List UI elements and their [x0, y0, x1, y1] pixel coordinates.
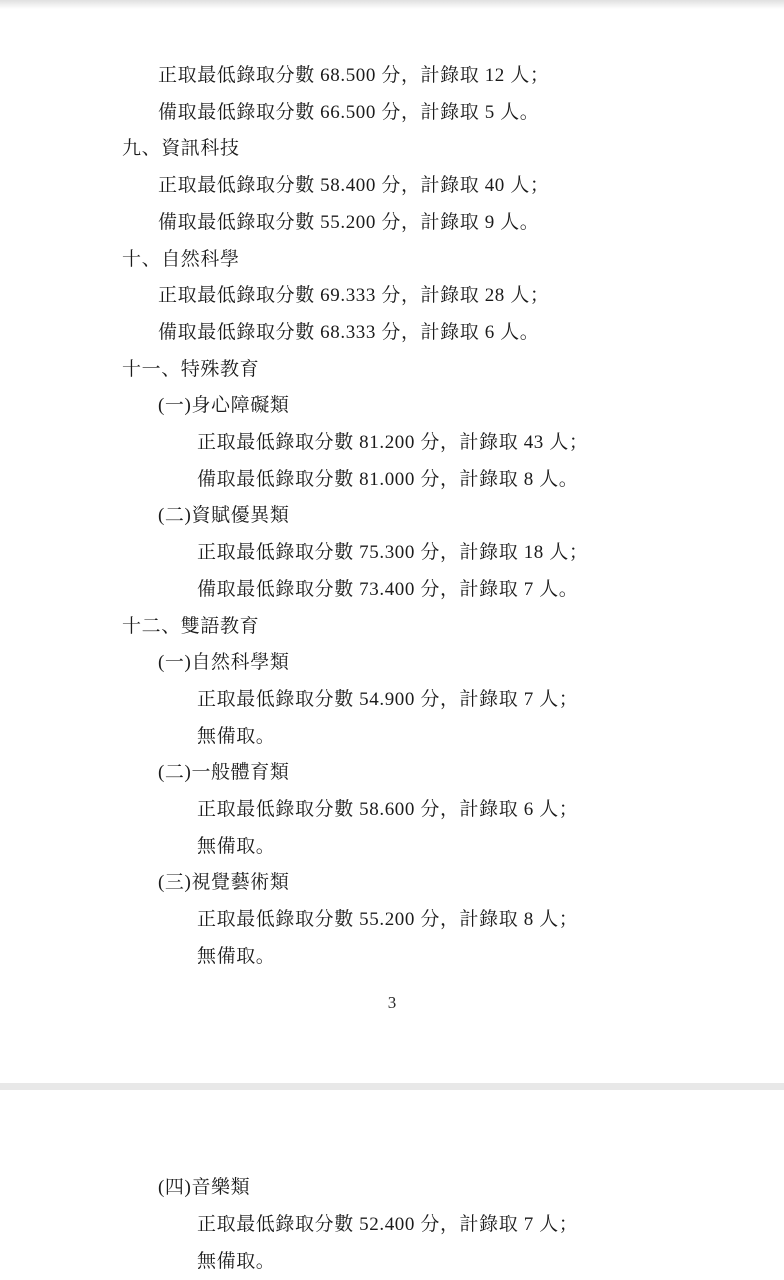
text-line: 無備取。 — [197, 1243, 275, 1280]
text-line: 正取最低錄取分數 58.400 分，計錄取 40 人； — [158, 167, 549, 204]
text-line: 無備取。 — [197, 718, 275, 755]
text-line: (三)視覺藝術類 — [158, 864, 289, 901]
text-line: 正取最低錄取分數 69.333 分，計錄取 28 人； — [158, 277, 549, 314]
text-line: 正取最低錄取分數 81.200 分，計錄取 43 人； — [197, 424, 588, 461]
text-line: 十一、特殊教育 — [122, 351, 259, 388]
text-line: 十二、雙語教育 — [122, 608, 259, 645]
text-line: 備取最低錄取分數 81.000 分，計錄取 8 人。 — [197, 461, 578, 498]
text-line: 無備取。 — [197, 938, 275, 975]
text-line: 正取最低錄取分數 54.900 分，計錄取 7 人； — [197, 681, 578, 718]
pdf-page-3: 3 正取最低錄取分數 68.500 分，計錄取 12 人；備取最低錄取分數 66… — [0, 0, 784, 1083]
text-line: (二)一般體育類 — [158, 754, 289, 791]
text-line: 正取最低錄取分數 68.500 分，計錄取 12 人； — [158, 57, 549, 94]
text-line: 十、自然科學 — [122, 241, 240, 278]
text-line: 九、資訊科技 — [122, 130, 240, 167]
text-line: 正取最低錄取分數 75.300 分，計錄取 18 人； — [197, 534, 588, 571]
text-line: (一)身心障礙類 — [158, 387, 289, 424]
text-line: 備取最低錄取分數 68.333 分，計錄取 6 人。 — [158, 314, 539, 351]
text-line: (四)音樂類 — [158, 1169, 250, 1206]
text-line: 無備取。 — [197, 828, 275, 865]
text-line: 備取最低錄取分數 66.500 分，計錄取 5 人。 — [158, 94, 539, 131]
text-line: 正取最低錄取分數 58.600 分，計錄取 6 人； — [197, 791, 578, 828]
text-line: 備取最低錄取分數 55.200 分，計錄取 9 人。 — [158, 204, 539, 241]
pdf-viewport: 3 正取最低錄取分數 68.500 分，計錄取 12 人；備取最低錄取分數 66… — [0, 0, 784, 1280]
text-line: 正取最低錄取分數 55.200 分，計錄取 8 人； — [197, 901, 578, 938]
text-line: (二)資賦優異類 — [158, 497, 289, 534]
page-number: 3 — [0, 993, 784, 1013]
text-line: (一)自然科學類 — [158, 644, 289, 681]
text-line: 正取最低錄取分數 52.400 分，計錄取 7 人； — [197, 1206, 578, 1243]
page-separator — [0, 1083, 784, 1090]
text-line: 備取最低錄取分數 73.400 分，計錄取 7 人。 — [197, 571, 578, 608]
pdf-page-4: (四)音樂類正取最低錄取分數 52.400 分，計錄取 7 人；無備取。 — [0, 1090, 784, 1280]
